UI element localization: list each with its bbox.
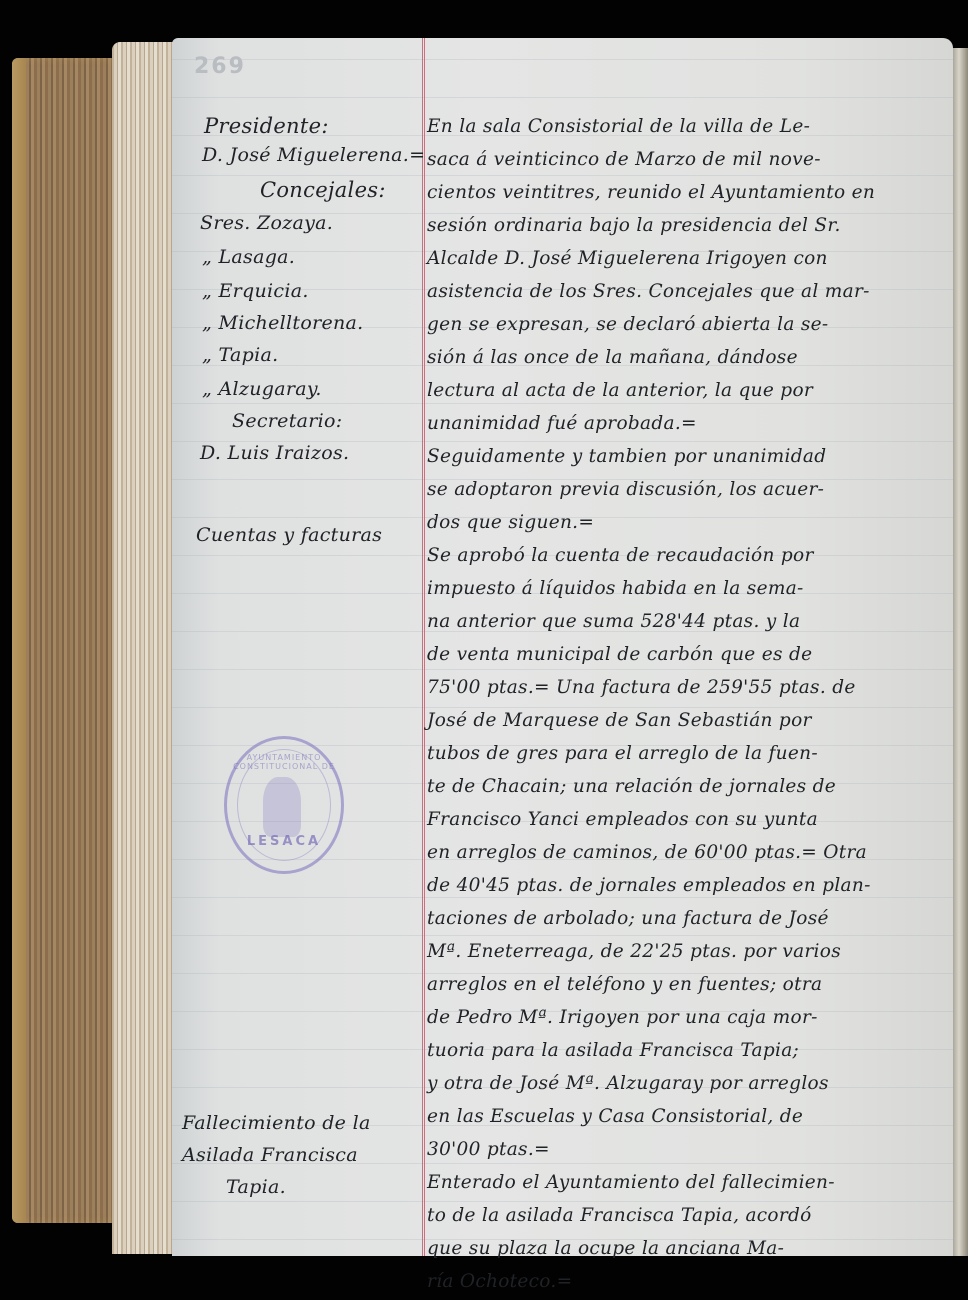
councillor-zozaya: Sres. Zozaya. (200, 212, 333, 234)
councillor-tapia: „ Tapia. (202, 344, 278, 366)
body-line: sesión ordinaria bajo la presidencia del… (427, 215, 841, 236)
body-line: José de Marquese de San Sebastián por (427, 710, 812, 731)
body-line: te de Chacain; una relación de jornales … (427, 776, 836, 797)
body-line: Enterado el Ayuntamiento del fallecimien… (427, 1172, 835, 1193)
body-line: unanimidad fué aprobada.= (427, 413, 697, 434)
body-line: En la sala Consistorial de la villa de L… (427, 116, 810, 137)
body-line: dos que siguen.= (427, 512, 594, 533)
body-line: de Pedro Mª. Irigoyen por una caja mor- (427, 1007, 818, 1028)
body-line: Se aprobó la cuenta de recaudación por (427, 545, 814, 566)
body-line: tubos de gres para el arreglo de la fuen… (427, 743, 818, 764)
body-line: 30'00 ptas.= (427, 1139, 550, 1160)
heading-accounts-invoices: Cuentas y facturas (196, 524, 382, 546)
body-line: gen se expresan, se declaró abierta la s… (427, 314, 828, 335)
councillor-michelltorena: „ Michelltorena. (202, 312, 364, 334)
folio-number: 269 (194, 54, 246, 79)
page-fan-edges (112, 42, 174, 1254)
seal-figure-icon (263, 777, 301, 837)
secretary-heading: Secretario: (232, 410, 343, 432)
body-line: tuoria para la asilada Francisca Tapia; (427, 1040, 799, 1061)
body-line: impuesto á líquidos habida en la sema- (427, 578, 804, 599)
facing-page-edge (953, 48, 968, 1256)
body-line: ría Ochoteco.= (427, 1271, 572, 1292)
heading-death-line2: Asilada Francisca (182, 1144, 358, 1166)
municipal-seal-stamp: AYUNTAMIENTO CONSTITUCIONAL DE LESACA (224, 736, 344, 874)
body-line: lectura al acta de la anterior, la que p… (427, 380, 813, 401)
body-line: Seguidamente y tambien por unanimidad (427, 446, 826, 467)
body-line: sión á las once de la mañana, dándose (427, 347, 798, 368)
councillor-erquicia: „ Erquicia. (202, 280, 309, 302)
body-line: saca á veinticinco de Marzo de mil nove- (427, 149, 821, 170)
secretary-name: D. Luis Iraizos. (200, 442, 349, 464)
body-line: asistencia de los Sres. Concejales que a… (427, 281, 870, 302)
body-line: taciones de arbolado; una factura de Jos… (427, 908, 829, 929)
body-line: 75'00 ptas.= Una factura de 259'55 ptas.… (427, 677, 856, 698)
body-line: to de la asilada Francisca Tapia, acordó (427, 1205, 812, 1226)
heading-death-line1: Fallecimiento de la (182, 1112, 371, 1134)
body-line: en las Escuelas y Casa Consistorial, de (427, 1106, 803, 1127)
body-line: en arreglos de caminos, de 60'00 ptas.= … (427, 842, 867, 863)
councillor-alzugaray: „ Alzugaray. (202, 378, 322, 400)
president-heading: Presidente: (204, 114, 329, 138)
body-line: cientos veintitres, reunido el Ayuntamie… (427, 182, 875, 203)
president-name: D. José Miguelerena.= (202, 144, 425, 166)
body-line: de 40'45 ptas. de jornales empleados en … (427, 875, 871, 896)
body-line: Francisco Yanci empleados con su yunta (427, 809, 818, 830)
seal-top-text: AYUNTAMIENTO CONSTITUCIONAL DE (227, 753, 341, 771)
councillor-lasaga: „ Lasaga. (202, 246, 295, 268)
body-line: que su plaza la ocupe la anciana Ma- (427, 1238, 784, 1259)
body-line: Alcalde D. José Miguelerena Irigoyen con (427, 248, 828, 269)
heading-death-line3: Tapia. (226, 1176, 286, 1198)
red-margin-line (422, 38, 425, 1256)
body-line: na anterior que suma 528'44 ptas. y la (427, 611, 800, 632)
body-line: y otra de José Mª. Alzugaray por arreglo… (427, 1073, 829, 1094)
ledger-page: 269 Presidente: D. José Miguelerena.= Co… (172, 38, 953, 1256)
body-line: arreglos en el teléfono y en fuentes; ot… (427, 974, 822, 995)
seal-town-name: LESACA (227, 834, 341, 849)
body-line: de venta municipal de carbón que es de (427, 644, 812, 665)
page-block-edge (12, 58, 112, 1223)
body-line: se adoptaron previa discusión, los acuer… (427, 479, 824, 500)
councillors-heading: Concejales: (260, 178, 386, 202)
body-line: Mª. Eneterreaga, de 22'25 ptas. por vari… (427, 941, 841, 962)
